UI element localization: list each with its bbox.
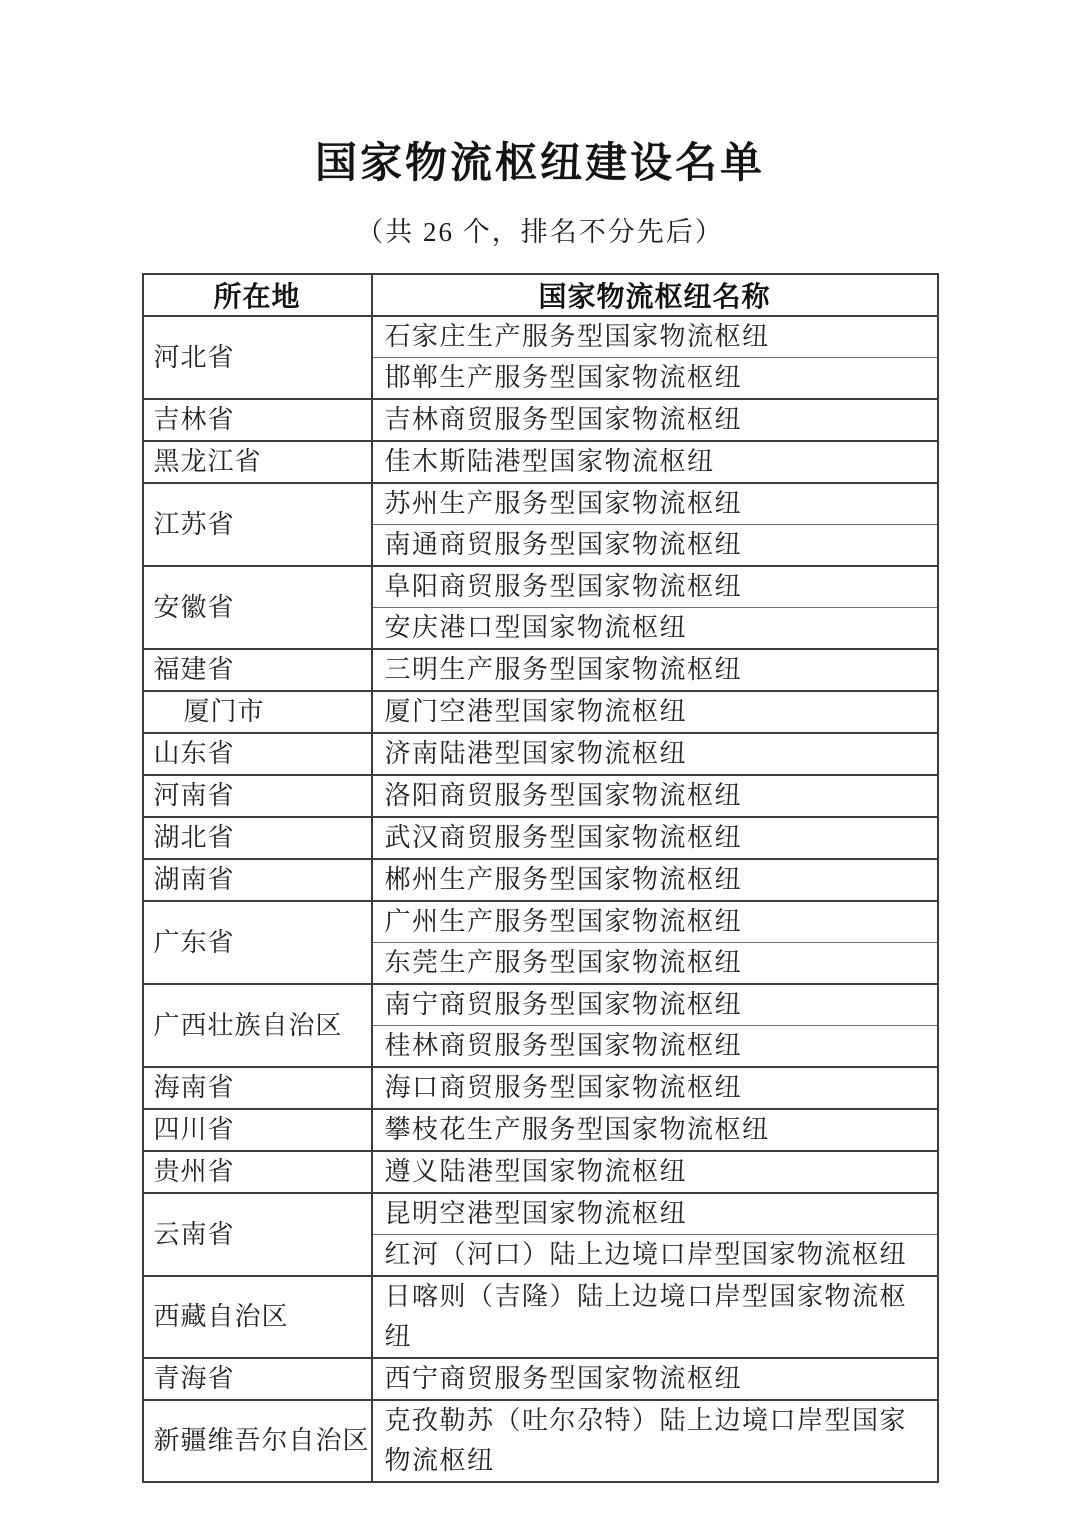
table-row: 江苏省苏州生产服务型国家物流枢纽 bbox=[143, 483, 938, 525]
header-hub-name: 国家物流枢纽名称 bbox=[372, 274, 938, 316]
hub-cell: 南通商贸服务型国家物流枢纽 bbox=[372, 525, 938, 567]
hub-cell: 昆明空港型国家物流枢纽 bbox=[372, 1193, 938, 1235]
hub-cell: 遵义陆港型国家物流枢纽 bbox=[372, 1151, 938, 1193]
table-row: 山东省济南陆港型国家物流枢纽 bbox=[143, 733, 938, 775]
region-cell: 贵州省 bbox=[143, 1151, 372, 1193]
region-cell: 安徽省 bbox=[143, 566, 372, 649]
header-location: 所在地 bbox=[143, 274, 372, 316]
table-row: 云南省昆明空港型国家物流枢纽 bbox=[143, 1193, 938, 1235]
hub-cell: 石家庄生产服务型国家物流枢纽 bbox=[372, 316, 938, 358]
table-row: 广东省广州生产服务型国家物流枢纽 bbox=[143, 901, 938, 943]
table-row: 海南省海口商贸服务型国家物流枢纽 bbox=[143, 1067, 938, 1109]
region-cell: 福建省 bbox=[143, 649, 372, 691]
region-cell: 山东省 bbox=[143, 733, 372, 775]
region-cell: 吉林省 bbox=[143, 399, 372, 441]
table-row: 新疆维吾尔自治区克孜勒苏（吐尔尕特）陆上边境口岸型国家物流枢纽 bbox=[143, 1400, 938, 1482]
hub-cell: 佳木斯陆港型国家物流枢纽 bbox=[372, 441, 938, 483]
hub-cell: 武汉商贸服务型国家物流枢纽 bbox=[372, 817, 938, 859]
region-cell: 江苏省 bbox=[143, 483, 372, 566]
table-row: 四川省攀枝花生产服务型国家物流枢纽 bbox=[143, 1109, 938, 1151]
table-row: 湖南省郴州生产服务型国家物流枢纽 bbox=[143, 859, 938, 901]
hub-cell: 安庆港口型国家物流枢纽 bbox=[372, 608, 938, 650]
hub-cell: 克孜勒苏（吐尔尕特）陆上边境口岸型国家物流枢纽 bbox=[372, 1400, 938, 1482]
hub-cell: 郴州生产服务型国家物流枢纽 bbox=[372, 859, 938, 901]
page-title: 国家物流枢纽建设名单 bbox=[0, 0, 1080, 190]
region-cell: 河南省 bbox=[143, 775, 372, 817]
region-cell: 西藏自治区 bbox=[143, 1276, 372, 1358]
hub-cell: 西宁商贸服务型国家物流枢纽 bbox=[372, 1358, 938, 1400]
hub-cell: 吉林商贸服务型国家物流枢纽 bbox=[372, 399, 938, 441]
document-page: 国家物流枢纽建设名单 （共 26 个，排名不分先后） 所在地 国家物流枢纽名称 … bbox=[0, 0, 1080, 1527]
hub-cell: 广州生产服务型国家物流枢纽 bbox=[372, 901, 938, 943]
region-cell: 新疆维吾尔自治区 bbox=[143, 1400, 372, 1482]
table-row: 贵州省遵义陆港型国家物流枢纽 bbox=[143, 1151, 938, 1193]
region-cell: 四川省 bbox=[143, 1109, 372, 1151]
table-row: 黑龙江省佳木斯陆港型国家物流枢纽 bbox=[143, 441, 938, 483]
hub-cell: 日喀则（吉隆）陆上边境口岸型国家物流枢纽 bbox=[372, 1276, 938, 1358]
region-cell: 广东省 bbox=[143, 901, 372, 984]
hub-cell: 厦门空港型国家物流枢纽 bbox=[372, 691, 938, 733]
table-row: 福建省三明生产服务型国家物流枢纽 bbox=[143, 649, 938, 691]
hub-cell: 苏州生产服务型国家物流枢纽 bbox=[372, 483, 938, 525]
table-row: 河南省洛阳商贸服务型国家物流枢纽 bbox=[143, 775, 938, 817]
hub-cell: 攀枝花生产服务型国家物流枢纽 bbox=[372, 1109, 938, 1151]
region-cell: 黑龙江省 bbox=[143, 441, 372, 483]
region-cell: 广西壮族自治区 bbox=[143, 984, 372, 1067]
page-subtitle: （共 26 个，排名不分先后） bbox=[0, 210, 1080, 249]
hub-cell: 邯郸生产服务型国家物流枢纽 bbox=[372, 358, 938, 400]
table-row: 厦门市厦门空港型国家物流枢纽 bbox=[143, 691, 938, 733]
hub-cell: 海口商贸服务型国家物流枢纽 bbox=[372, 1067, 938, 1109]
region-cell: 海南省 bbox=[143, 1067, 372, 1109]
table-row: 吉林省吉林商贸服务型国家物流枢纽 bbox=[143, 399, 938, 441]
table-row: 河北省石家庄生产服务型国家物流枢纽 bbox=[143, 316, 938, 358]
hub-cell: 洛阳商贸服务型国家物流枢纽 bbox=[372, 775, 938, 817]
region-cell: 河北省 bbox=[143, 316, 372, 399]
hub-cell: 济南陆港型国家物流枢纽 bbox=[372, 733, 938, 775]
hub-cell: 红河（河口）陆上边境口岸型国家物流枢纽 bbox=[372, 1235, 938, 1277]
region-cell: 云南省 bbox=[143, 1193, 372, 1276]
region-cell: 湖北省 bbox=[143, 817, 372, 859]
table-row: 安徽省阜阳商贸服务型国家物流枢纽 bbox=[143, 566, 938, 608]
hub-cell: 东莞生产服务型国家物流枢纽 bbox=[372, 943, 938, 985]
table-body: 河北省石家庄生产服务型国家物流枢纽邯郸生产服务型国家物流枢纽吉林省吉林商贸服务型… bbox=[143, 316, 938, 1482]
table-header-row: 所在地 国家物流枢纽名称 bbox=[143, 274, 938, 316]
logistics-hub-table: 所在地 国家物流枢纽名称 河北省石家庄生产服务型国家物流枢纽邯郸生产服务型国家物… bbox=[142, 273, 939, 1483]
hub-cell: 桂林商贸服务型国家物流枢纽 bbox=[372, 1026, 938, 1068]
table-row: 西藏自治区日喀则（吉隆）陆上边境口岸型国家物流枢纽 bbox=[143, 1276, 938, 1358]
table-row: 青海省西宁商贸服务型国家物流枢纽 bbox=[143, 1358, 938, 1400]
hub-cell: 阜阳商贸服务型国家物流枢纽 bbox=[372, 566, 938, 608]
hub-cell: 三明生产服务型国家物流枢纽 bbox=[372, 649, 938, 691]
table-row: 湖北省武汉商贸服务型国家物流枢纽 bbox=[143, 817, 938, 859]
region-cell: 湖南省 bbox=[143, 859, 372, 901]
region-cell: 青海省 bbox=[143, 1358, 372, 1400]
hub-cell: 南宁商贸服务型国家物流枢纽 bbox=[372, 984, 938, 1026]
region-cell: 厦门市 bbox=[143, 691, 372, 733]
table-row: 广西壮族自治区南宁商贸服务型国家物流枢纽 bbox=[143, 984, 938, 1026]
